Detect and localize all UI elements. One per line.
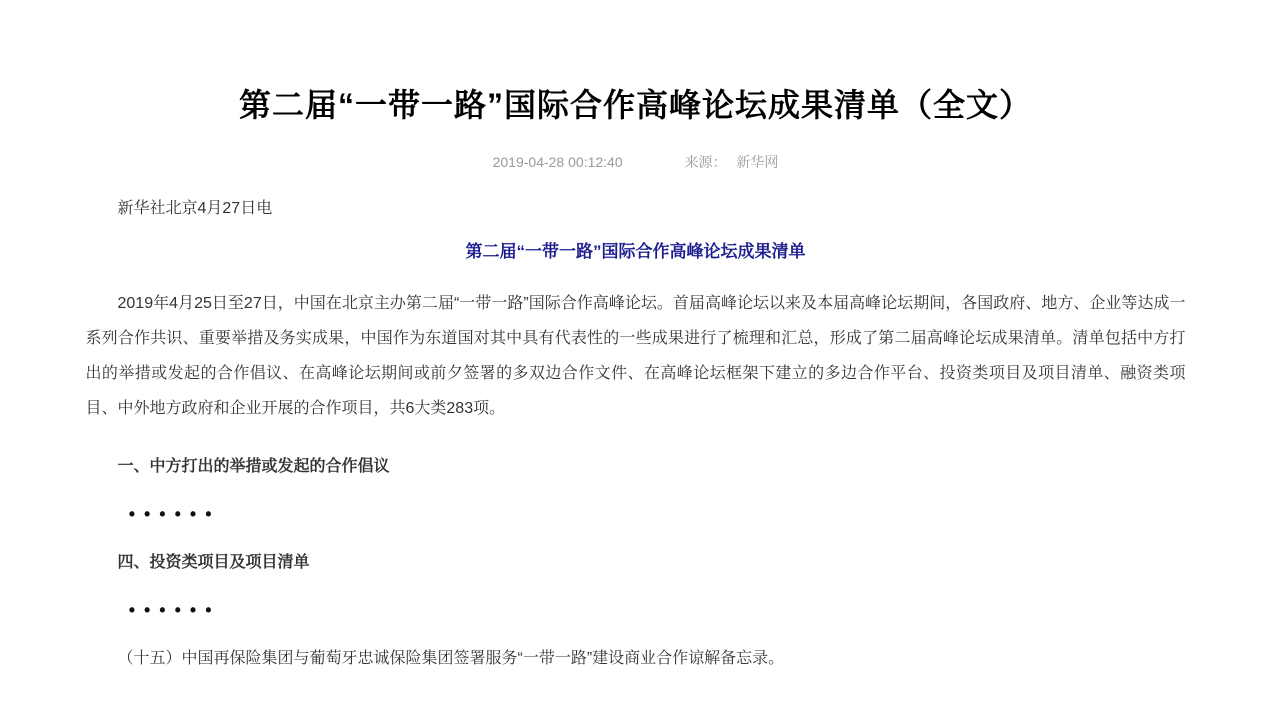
dateline: 新华社北京4月27日电 — [86, 198, 1186, 220]
source-label: 来源： — [685, 154, 727, 170]
section-heading-investment: 四、投资类项目及项目清单 — [86, 552, 1186, 574]
ellipsis-dots-1: •••••• — [86, 504, 1186, 524]
page-title: 第二届“一带一路”国际合作高峰论坛成果清单（全文） — [86, 86, 1186, 124]
section-heading-initiatives: 一、中方打出的举措或发起的合作倡议 — [86, 456, 1186, 478]
article-subtitle: 第二届“一带一路”国际合作高峰论坛成果清单 — [86, 242, 1186, 262]
article-container: 第二届“一带一路”国际合作高峰论坛成果清单（全文） 2019-04-28 00:… — [86, 0, 1186, 670]
article-meta: 2019-04-28 00:12:40 来源： 新华网 — [86, 152, 1186, 172]
publish-datetime: 2019-04-28 00:12:40 — [493, 154, 623, 170]
source-name: 新华网 — [736, 154, 778, 170]
lead-paragraph: 2019年4月25日至27日，中国在北京主办第二届“一带一路”国际合作高峰论坛。… — [86, 286, 1186, 426]
closing-paragraph: （十五）中国再保险集团与葡萄牙忠诚保险集团签署服务“一带一路”建设商业合作谅解备… — [86, 648, 1186, 670]
ellipsis-dots-2: •••••• — [86, 600, 1186, 620]
